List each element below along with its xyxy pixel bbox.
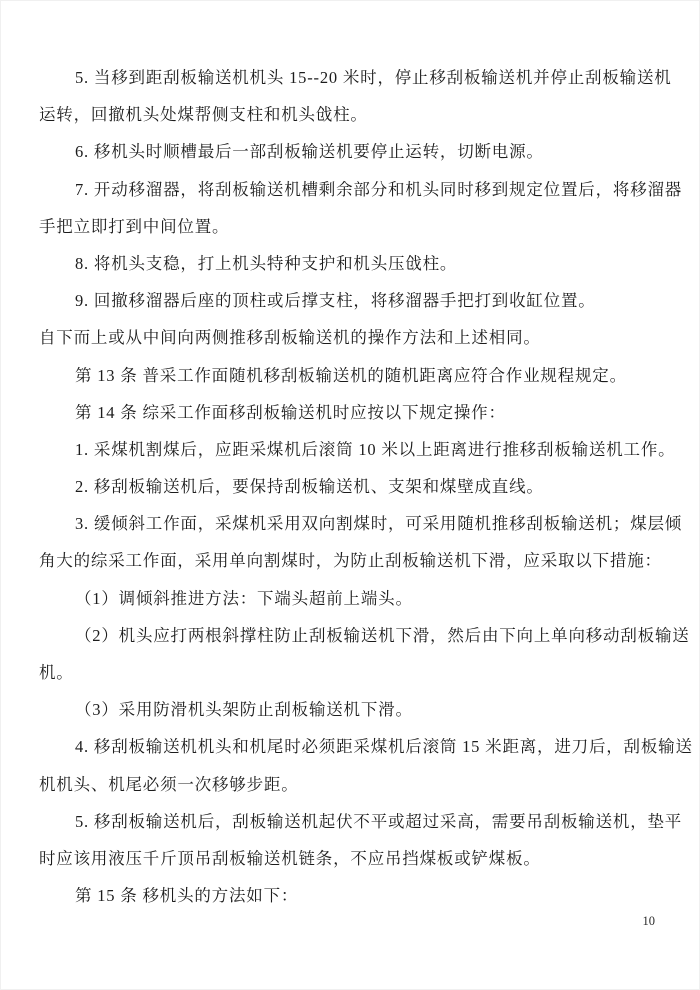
text-line: 第 15 条 移机头的方法如下：: [39, 877, 665, 914]
text-line: 5. 当移到距刮板输送机机头 15--20 米时，停止移刮板输送机并停止刮板输送…: [39, 59, 665, 96]
text-line: 运转，回撤机头处煤帮侧支柱和机头戗柱。: [39, 96, 665, 133]
document-body: 5. 当移到距刮板输送机机头 15--20 米时，停止移刮板输送机并停止刮板输送…: [39, 59, 665, 914]
text-line: 角大的综采工作面，采用单向割煤时，为防止刮板输送机下滑，应采取以下措施：: [39, 542, 665, 579]
text-line: 第 14 条 综采工作面移刮板输送机时应按以下规定操作：: [39, 394, 665, 431]
text-line: 自下而上或从中间向两侧推移刮板输送机的操作方法和上述相同。: [39, 319, 665, 356]
text-line: 第 13 条 普采工作面随机移刮板输送机的随机距离应符合作业规程规定。: [39, 357, 665, 394]
text-line: 4. 移刮板输送机机头和机尾时必须距采煤机后滚筒 15 米距离，进刀后，刮板输送: [39, 728, 665, 765]
text-line: 8. 将机头支稳，打上机头特种支护和机头压戗柱。: [39, 245, 665, 282]
text-line: （3）采用防滑机头架防止刮板输送机下滑。: [39, 691, 665, 728]
text-line: 机机头、机尾必须一次移够步距。: [39, 766, 665, 803]
text-line: 2. 移刮板输送机后，要保持刮板输送机、支架和煤壁成直线。: [39, 468, 665, 505]
text-line: 7. 开动移溜器，将刮板输送机槽剩余部分和机头同时移到规定位置后，将移溜器: [39, 171, 665, 208]
text-line: （2）机头应打两根斜撑柱防止刮板输送机下滑，然后由下向上单向移动刮板输送: [39, 617, 665, 654]
text-line: 手把立即打到中间位置。: [39, 208, 665, 245]
text-line: 3. 缓倾斜工作面，采煤机采用双向割煤时，可采用随机推移刮板输送机；煤层倾: [39, 505, 665, 542]
text-line: 时应该用液压千斤顶吊刮板输送机链条，不应吊挡煤板或铲煤板。: [39, 840, 665, 877]
text-line: （1）调倾斜推进方法：下端头超前上端头。: [39, 580, 665, 617]
text-line: 5. 移刮板输送机后，刮板输送机起伏不平或超过采高，需要吊刮板输送机，垫平: [39, 803, 665, 840]
text-line: 6. 移机头时顺槽最后一部刮板输送机要停止运转，切断电源。: [39, 133, 665, 170]
text-line: 1. 采煤机割煤后，应距采煤机后滚筒 10 米以上距离进行推移刮板输送机工作。: [39, 431, 665, 468]
page-number: 10: [643, 913, 656, 929]
text-line: 机。: [39, 654, 665, 691]
text-line: 9. 回撤移溜器后座的顶柱或后撑支柱，将移溜器手把打到收缸位置。: [39, 282, 665, 319]
document-page: 5. 当移到距刮板输送机机头 15--20 米时，停止移刮板输送机并停止刮板输送…: [0, 0, 700, 990]
